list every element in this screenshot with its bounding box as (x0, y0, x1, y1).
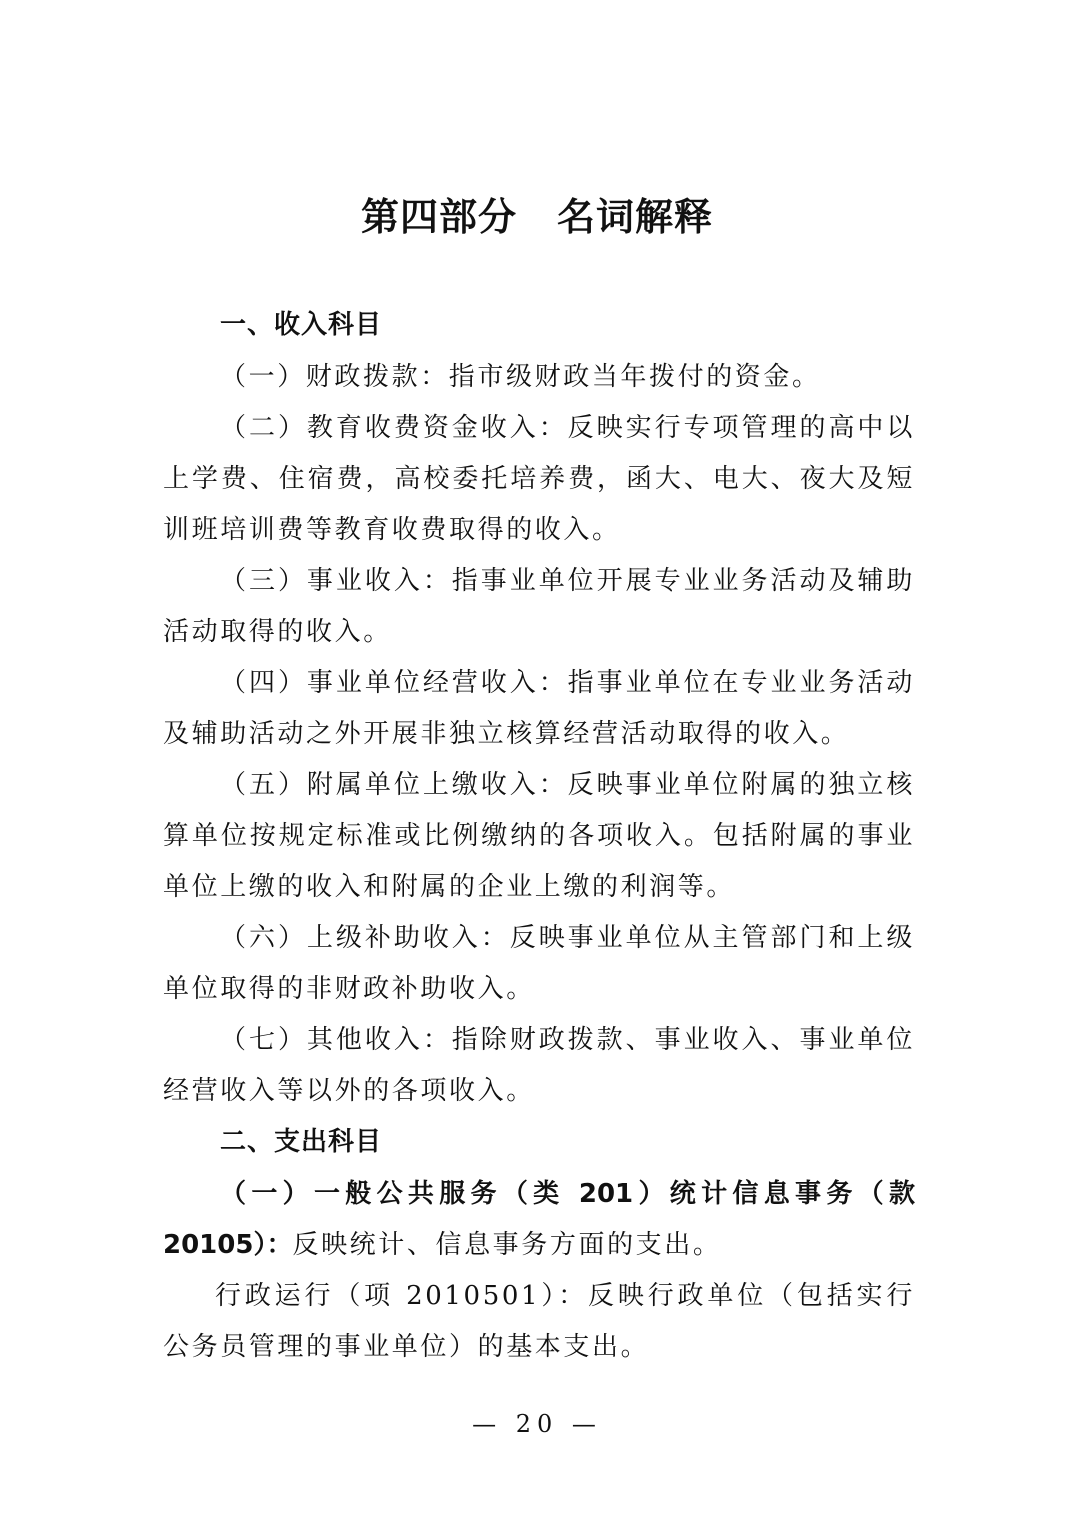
income-item-6: （六）上级补助收入：反映事业单位从主管部门和上级单位取得的非财政补助收入。 (163, 913, 915, 1015)
page-number: — 20 — (0, 1410, 1074, 1438)
page-title-name: 名词解释 (557, 195, 713, 239)
income-item-3: （三）事业收入：指事业单位开展专业业务活动及辅助活动取得的收入。 (163, 556, 915, 658)
page-title-part: 第四部分 (361, 195, 517, 239)
page-title: 第四部分名词解释 (0, 186, 1074, 241)
income-item-5: （五）附属单位上缴收入：反映事业单位附属的独立核算单位按规定标准或比例缴纳的各项… (163, 760, 915, 913)
document-body: 一、收入科目 （一）财政拨款：指市级财政当年拨付的资金。 （二）教育收费资金收入… (163, 300, 915, 1373)
section-heading-expense: 二、支出科目 (163, 1117, 915, 1168)
income-item-2: （二）教育收费资金收入：反映实行专项管理的高中以上学费、住宿费，高校委托培养费，… (163, 403, 915, 556)
income-item-1: （一）财政拨款：指市级财政当年拨付的资金。 (163, 352, 915, 403)
income-item-4: （四）事业单位经营收入：指事业单位在专业业务活动及辅助活动之外开展非独立核算经营… (163, 658, 915, 760)
expense-item-1: 行政运行（项 2010501）：反映行政单位（包括实行公务员管理的事业单位）的基… (163, 1271, 915, 1373)
expense-subheading-desc: 反映统计、信息事务方面的支出。 (292, 1230, 721, 1260)
expense-subheading: （一）一般公共服务（类 201）统计信息事务（款 20105）：反映统计、信息事… (163, 1169, 915, 1271)
income-item-7: （七）其他收入：指除财政拨款、事业收入、事业单位经营收入等以外的各项收入。 (163, 1015, 915, 1117)
section-heading-income: 一、收入科目 (163, 300, 915, 351)
